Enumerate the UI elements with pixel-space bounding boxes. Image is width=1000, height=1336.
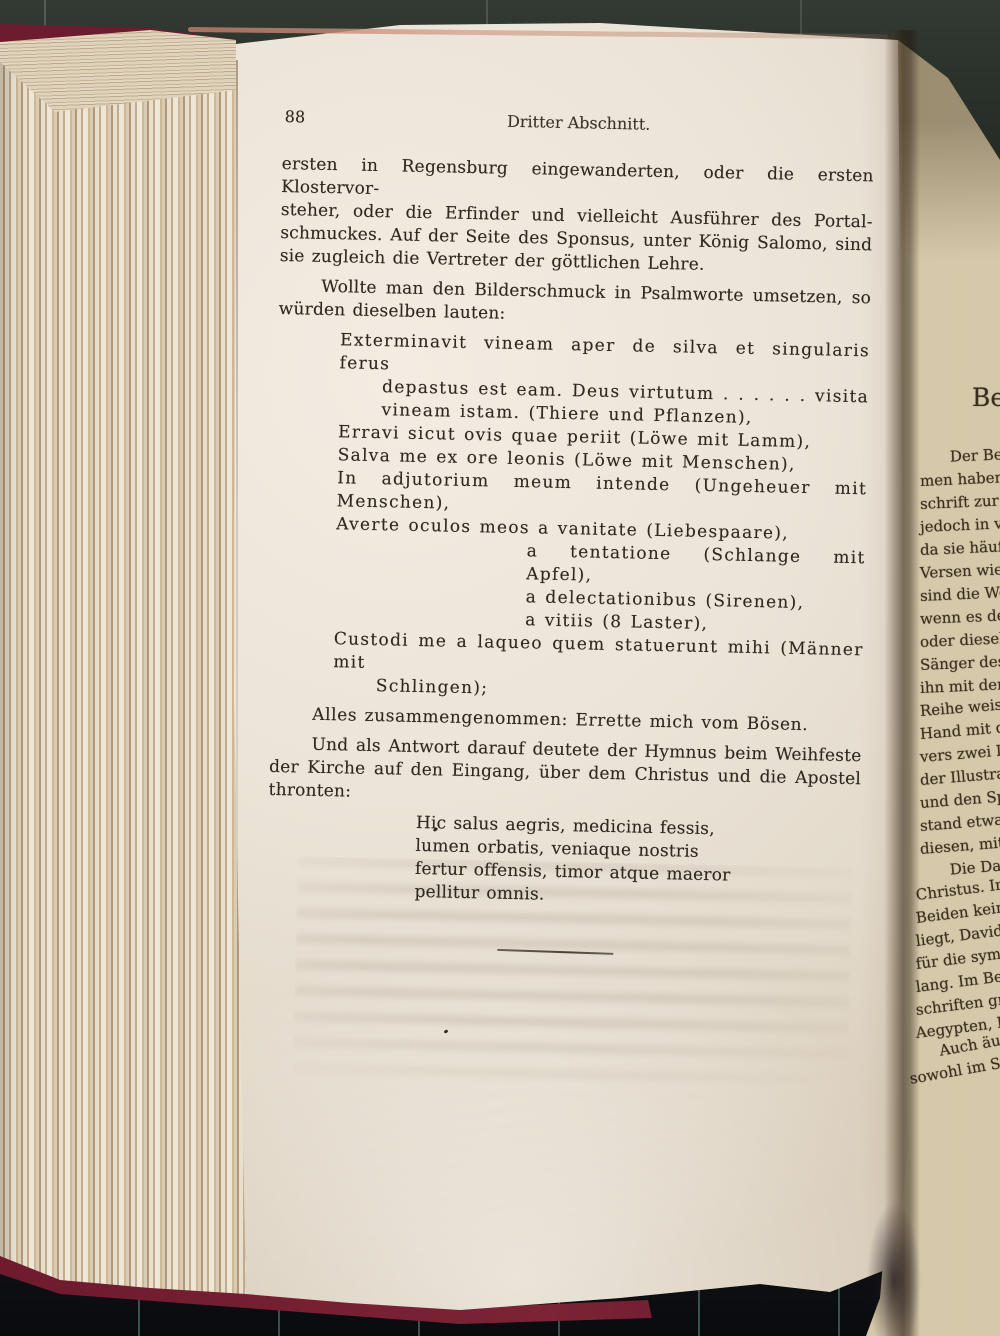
left-page-text: 88 Dritter Abschnitt. ersten in Regensbu… <box>265 105 875 959</box>
right-page-text: Be Der Bescmen haben deschrift zur Erjed… <box>920 383 1000 1091</box>
running-header-row: 88 Dritter Abschnitt. <box>283 105 875 139</box>
open-book-photo: Be Der Bescmen haben deschrift zur Erjed… <box>0 0 1000 1336</box>
gutter-bottom-shadow <box>852 1150 922 1336</box>
running-header: Dritter Abschnitt. <box>283 105 875 140</box>
page-number: 88 <box>285 105 306 128</box>
right-page-heading-fragment: Be <box>920 383 1000 413</box>
text-line: Alles zusammengenommen: Errette mich vom… <box>270 703 862 738</box>
right-page-line-fragments: Der Bescmen haben deschrift zur Erjedoch… <box>920 447 1000 1091</box>
text-line: a tentatione (Schlange mit Apfel), <box>526 540 866 593</box>
body-text: ersten in Regensburg eingewanderten, ode… <box>266 153 874 913</box>
